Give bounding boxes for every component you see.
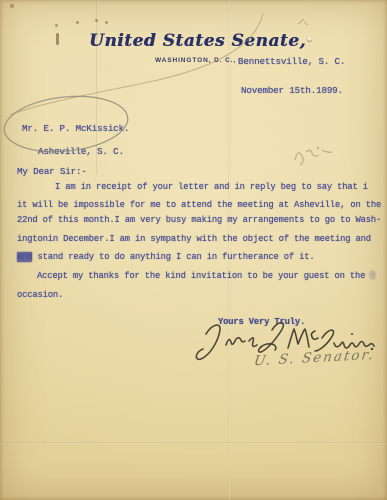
annotation-overlay (0, 0, 387, 500)
body-line: it will be impossible for me to attend t… (17, 200, 381, 210)
body-line-text: stand ready to do anything I can in furt… (38, 252, 315, 262)
fold-crease-horizontal (0, 442, 387, 444)
typed-place: Bennettsville, S. C. (238, 56, 345, 67)
salutation: My Dear Sir:- (17, 166, 87, 177)
body-line: I am in receipt of your letter and in re… (55, 182, 368, 192)
valediction: Yours Very Truly. (218, 317, 305, 327)
ink-speck (55, 24, 58, 27)
pencil-arc (10, 13, 263, 115)
ink-smudge (369, 270, 376, 280)
pencil-mark (298, 19, 308, 25)
body-line: 22nd of this month.I am very busy making… (17, 215, 381, 225)
struck-out-word: and (17, 252, 32, 262)
recipient-name: Mr. E. P. McKissick. (22, 123, 129, 134)
recipient-city: Asheville, S. C. (38, 146, 124, 157)
letterhead-city: WASHINGTON, D. C., (155, 57, 236, 64)
ink-speck (76, 21, 79, 24)
letterhead-title: United States Senate, (4, 31, 387, 51)
body-line: occasion. (17, 290, 63, 300)
typed-date: November 15th.1899. (241, 85, 343, 96)
pencil-title: U. S. Senator. (253, 347, 376, 369)
ink-speck (10, 4, 14, 8)
ink-speck (95, 19, 98, 22)
body-line: Accept my thanks for the kind invitation… (37, 271, 365, 281)
pencil-scribble (295, 150, 332, 165)
body-line: ingtonin December.I am in sympathy with … (17, 234, 371, 244)
fold-crease-vertical (228, 0, 231, 500)
letter-page: United States Senate, WASHINGTON, D. C.,… (0, 0, 387, 500)
body-line: and stand ready to do anything I can in … (17, 252, 315, 262)
ink-speck (105, 21, 108, 24)
